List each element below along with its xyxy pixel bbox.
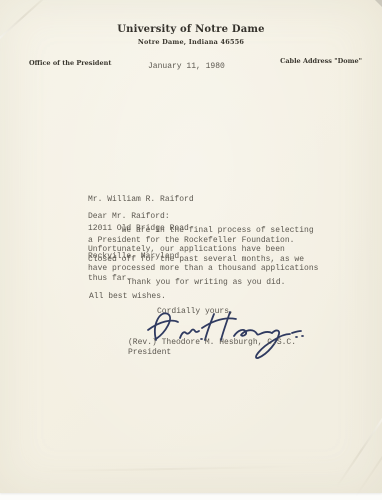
thanks-line: Thank you for writing as you did. — [127, 278, 285, 288]
paper-corner-mark — [375, 0, 382, 7]
letterhead-address: Notre Dame, Indiana 46556 — [0, 38, 382, 46]
recipient-name: Mr. William R. Raiford — [88, 195, 194, 205]
wishes-line: All best wishes. — [89, 292, 166, 302]
sender-title: President — [128, 348, 171, 358]
salutation: Dear Mr. Raiford: — [88, 212, 170, 222]
body-paragraph: We are in the final process of selecting… — [88, 226, 318, 283]
letterhead-university: University of Notre Dame — [0, 24, 382, 35]
date-line: January 11, 1980 — [148, 62, 225, 72]
letter-scan: University of Notre Dame Notre Dame, Ind… — [0, 0, 382, 500]
typed-name: (Rev.) Theodore M. Hesburgh, C.S.C. — [128, 338, 296, 348]
letterhead-cable: Cable Address "Dome" — [280, 57, 362, 65]
paper-crease — [40, 466, 300, 472]
letter-page: University of Notre Dame Notre Dame, Ind… — [0, 0, 382, 493]
letterhead-office: Office of the President — [29, 59, 111, 67]
paper-crease — [336, 379, 382, 488]
